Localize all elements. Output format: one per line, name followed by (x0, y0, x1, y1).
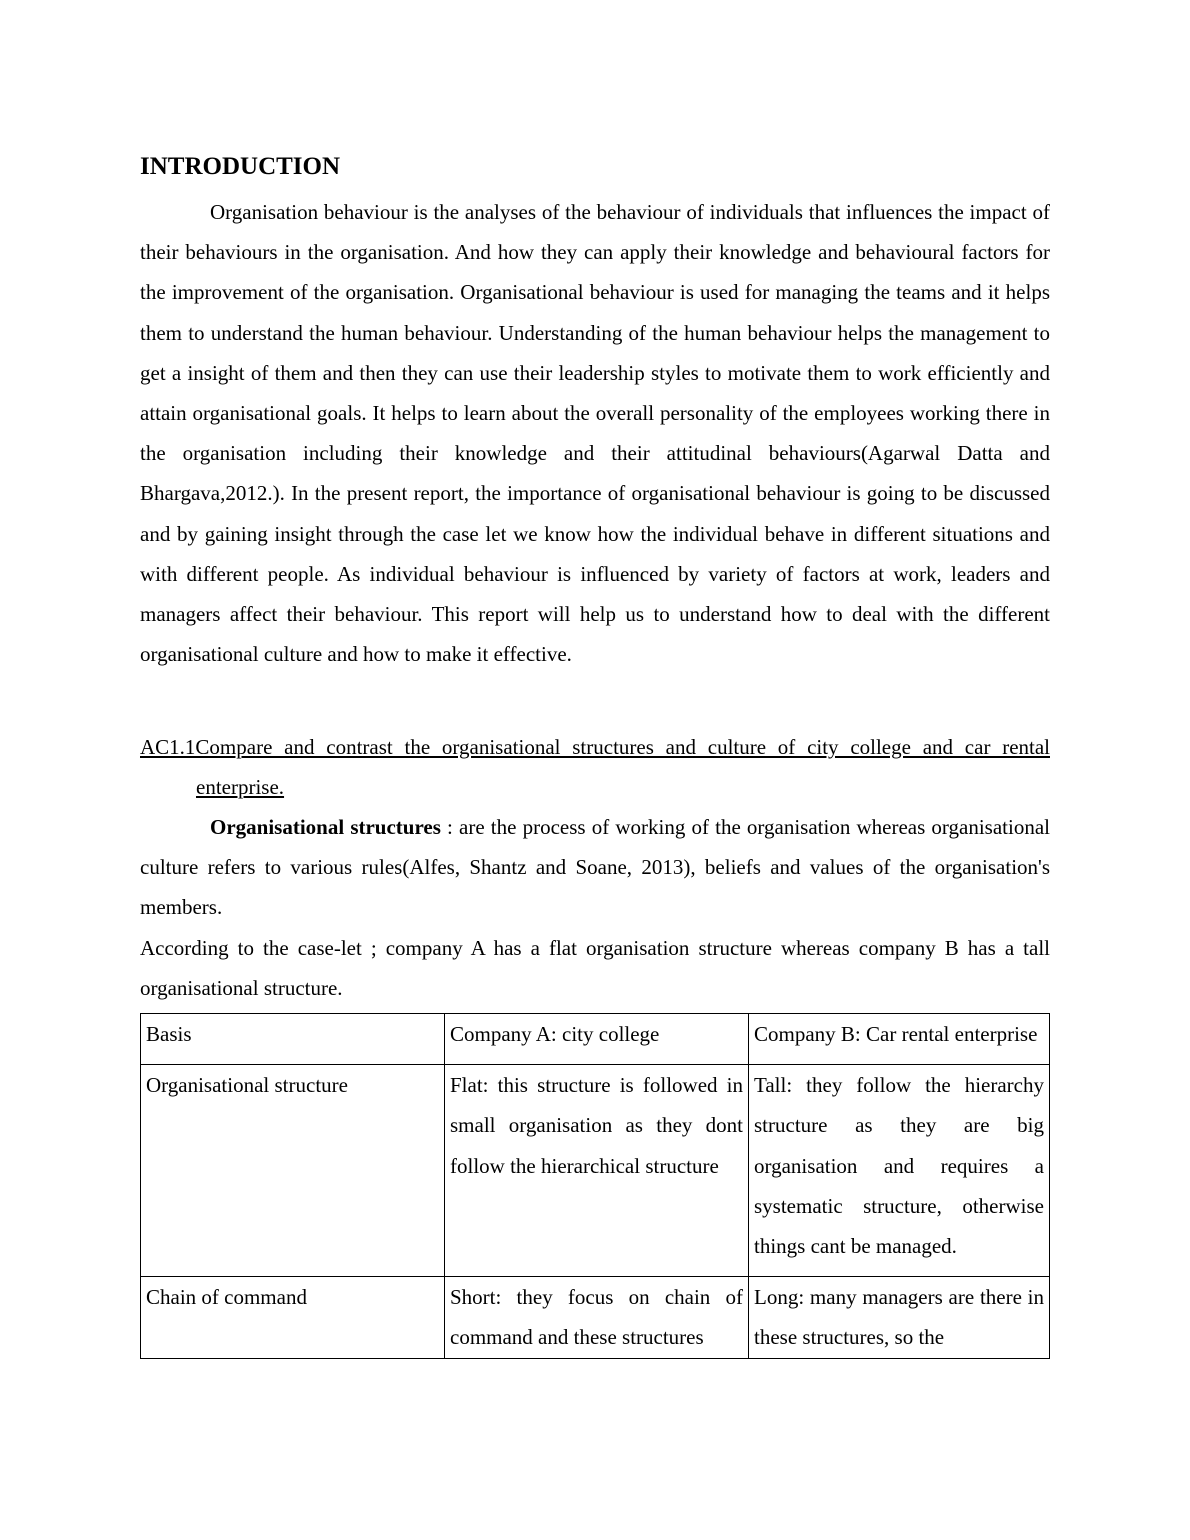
table-row: Chain of command Short: they focus on ch… (141, 1277, 1050, 1358)
table-header-cell: Company A: city college (445, 1014, 749, 1065)
table-cell: Short: they focus on chain of command an… (445, 1277, 749, 1358)
table-cell: Flat: this structure is followed in smal… (445, 1065, 749, 1277)
comparison-table: Basis Company A: city college Company B:… (140, 1013, 1050, 1359)
section-heading-introduction: INTRODUCTION (140, 150, 340, 184)
ac-subheading: AC1.1Compare and contrast the organisati… (140, 727, 1050, 807)
table-cell: Organisational structure (141, 1065, 445, 1277)
table-row: Organisational structure Flat: this stru… (141, 1065, 1050, 1277)
org-structures-paragraph: Organisational structures : are the proc… (140, 807, 1050, 928)
table-header-row: Basis Company A: city college Company B:… (141, 1014, 1050, 1065)
table-cell: Tall: they follow the hierarchy structur… (749, 1065, 1050, 1277)
case-let-paragraph: According to the case-let ; company A ha… (140, 928, 1050, 1008)
intro-paragraph: Organisation behaviour is the analyses o… (140, 192, 1050, 674)
table-header-cell: Company B: Car rental enterprise (749, 1014, 1050, 1065)
org-structures-term: Organisational structures (210, 815, 441, 839)
table-header-cell: Basis (141, 1014, 445, 1065)
table-cell: Chain of command (141, 1277, 445, 1358)
table-cell: Long: many managers are there in these s… (749, 1277, 1050, 1358)
